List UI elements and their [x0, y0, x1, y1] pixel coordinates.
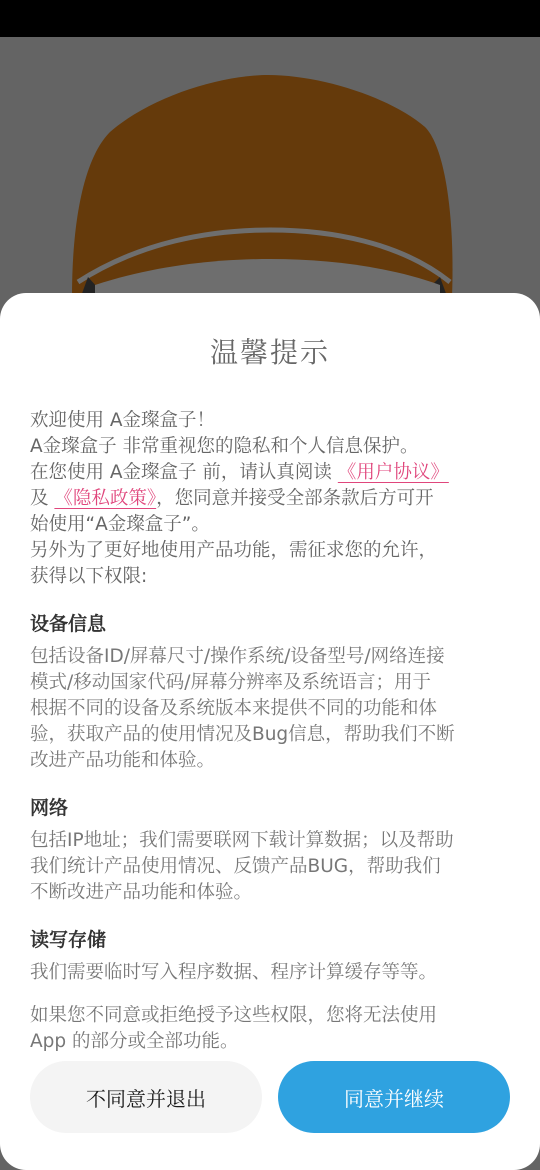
- start-using-line: 始使用“A金璨盒子”。: [30, 512, 510, 538]
- closing-text: 如果您不同意或拒绝授予这些权限，您将无法使用 App 的部分或全部功能。: [30, 1003, 510, 1055]
- permission-list-lead: 获得以下权限:: [30, 564, 510, 590]
- section-title: 网络: [30, 795, 510, 821]
- decline-exit-button[interactable]: 不同意并退出: [30, 1061, 262, 1133]
- section-text: 我们需要临时写入程序数据、程序计算缓存等等。: [30, 960, 510, 986]
- section-title: 设备信息: [30, 611, 510, 637]
- permission-request-line: 另外为了更好地使用产品功能，需征求您的允许，: [30, 538, 510, 564]
- screen: 温馨提示 欢迎使用 A金璨盒子！ A金璨盒子 非常重视您的隐私和个人信息保护。 …: [0, 0, 540, 1170]
- privacy-dialog: 温馨提示 欢迎使用 A金璨盒子！ A金璨盒子 非常重视您的隐私和个人信息保护。 …: [0, 293, 540, 1170]
- dialog-actions: 不同意并退出 同意并继续: [30, 1061, 510, 1133]
- section-text: 包括IP地址；我们需要联网下载计算数据；以及帮助 我们统计产品使用情况、反馈产品…: [30, 828, 510, 906]
- privacy-policy-line: 及 《隐私政策》，您同意并接受全部条款后方可开: [30, 486, 510, 512]
- permission-section-device: 设备信息 包括设备ID/屏幕尺寸/操作系统/设备型号/网络连接 模式/移动国家代…: [30, 611, 510, 774]
- permission-section-storage: 读写存储 我们需要临时写入程序数据、程序计算缓存等等。: [30, 927, 510, 986]
- agree-continue-button[interactable]: 同意并继续: [278, 1061, 510, 1133]
- permission-section-network: 网络 包括IP地址；我们需要联网下载计算数据；以及帮助 我们统计产品使用情况、反…: [30, 795, 510, 906]
- dialog-title: 温馨提示: [30, 335, 510, 371]
- status-bar: [0, 0, 540, 37]
- read-agreement-line: 在您使用 A金璨盒子 前，请认真阅读 《用户协议》: [30, 460, 510, 486]
- dialog-body: 欢迎使用 A金璨盒子！ A金璨盒子 非常重视您的隐私和个人信息保护。 在您使用 …: [30, 408, 510, 1055]
- privacy-policy-link[interactable]: 《隐私政策》: [54, 488, 156, 509]
- intro-text: 欢迎使用 A金璨盒子！ A金璨盒子 非常重视您的隐私和个人信息保护。 在您使用 …: [30, 408, 510, 590]
- app-logo-cap-icon: [0, 37, 540, 337]
- welcome-line: 欢迎使用 A金璨盒子！: [30, 408, 510, 434]
- section-title: 读写存储: [30, 927, 510, 953]
- section-text: 包括设备ID/屏幕尺寸/操作系统/设备型号/网络连接 模式/移动国家代码/屏幕分…: [30, 644, 510, 774]
- user-agreement-link[interactable]: 《用户协议》: [338, 462, 449, 483]
- privacy-importance-line: A金璨盒子 非常重视您的隐私和个人信息保护。: [30, 434, 510, 460]
